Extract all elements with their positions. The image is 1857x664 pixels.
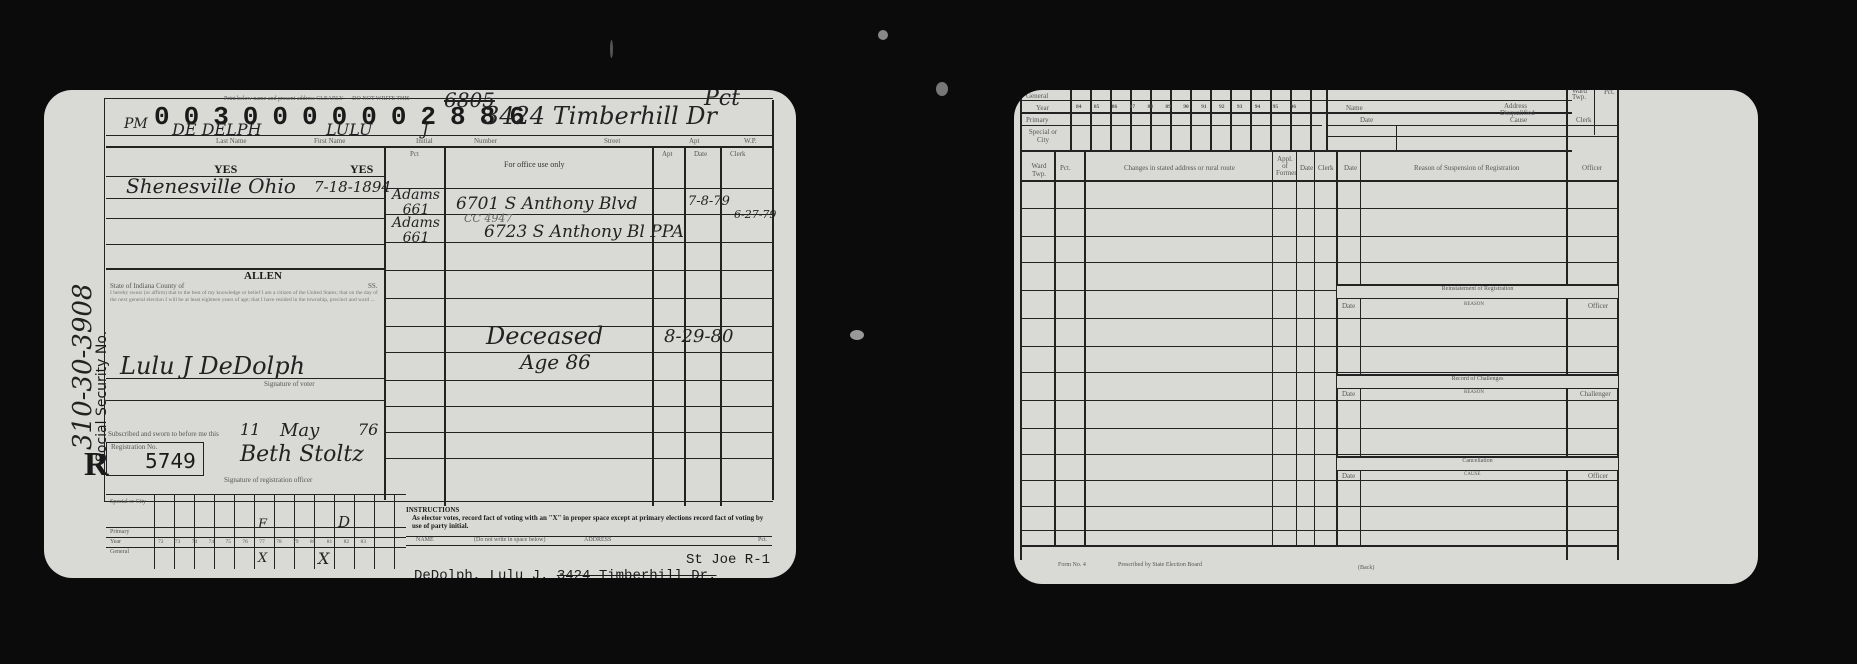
precinct-row-1-date: 7-8-79: [688, 194, 730, 209]
reinstatement-col-date: Date: [1342, 302, 1355, 310]
reinstatement-col-officer: Officer: [1588, 302, 1608, 310]
label-initial: Initial: [416, 137, 433, 145]
col-apt: Apt: [662, 150, 673, 158]
footer-address-label: ADDRESS: [584, 537, 611, 543]
back-ward-twp-label: Ward Twp.: [1572, 90, 1592, 100]
cancellation-col-cause: CAUSE: [1464, 472, 1480, 477]
label-first-name: First Name: [314, 137, 345, 145]
film-speck: [850, 330, 864, 340]
pct-header: Pct: [410, 150, 419, 158]
address: 3424 Timberhill Dr: [484, 102, 717, 130]
back-col-clerk: Clerk: [1318, 164, 1334, 172]
typed-township: St Joe R-1: [686, 552, 770, 568]
back-footer-form: Form No. 4: [1058, 562, 1086, 568]
vote-row-year: Year: [110, 539, 121, 545]
r-letter: R: [84, 446, 109, 484]
back-row-year: Year: [1036, 104, 1049, 112]
subscribed-year: 76: [358, 420, 378, 439]
back-col-appl: Appl. of Former: [1276, 156, 1294, 177]
challenges-col-date: Date: [1342, 390, 1355, 398]
film-speck: [610, 40, 613, 58]
back-footer-prescribed: Prescribed by State Election Board: [1118, 562, 1202, 568]
state-line: State of Indiana County of: [110, 282, 184, 290]
footer-do-not-write: (Do not write in space below): [474, 537, 545, 543]
vote-row-special: Special or City: [110, 499, 150, 505]
instructions-title: INSTRUCTIONS: [406, 506, 772, 514]
registrar-label: Signature of registration officer: [224, 476, 312, 484]
back-col-changes: Changes in stated address or rural route: [1124, 164, 1235, 172]
challenges-col-reason: REASON: [1464, 390, 1484, 395]
precinct-row-2-date: 6-27-79: [734, 208, 776, 221]
back-years: 84 85 86 87 88 89 90 91 92 93 94 95 96: [1076, 104, 1336, 110]
cancellation-col-officer: Officer: [1588, 472, 1608, 480]
precinct-row-1-pct: Adams 661: [388, 188, 444, 218]
back-footer-back: (Back): [1358, 565, 1374, 571]
film-speck: [936, 82, 948, 96]
signature-label: Signature of voter: [264, 380, 315, 388]
voter-signature: Lulu J DeDolph: [120, 352, 305, 380]
vote-mark-primary-80: D: [338, 513, 350, 531]
back-col-ward: Ward Twp.: [1026, 162, 1052, 178]
yes-2: YES: [350, 162, 373, 177]
film-speck: [878, 30, 888, 40]
back-col-reason: Reason of Suspension of Registration: [1414, 164, 1519, 172]
vote-row-general: General: [110, 549, 129, 555]
back-form-frame: [1020, 90, 1582, 560]
office-use-label: For office use only: [504, 160, 565, 169]
back-clerk-label: Clerk: [1576, 116, 1592, 124]
deceased-date: 8-29-80: [664, 326, 733, 347]
instructions-block: INSTRUCTIONS As elector votes, record fa…: [406, 506, 772, 536]
back-card: General Year Primary Special or City 84 …: [1014, 90, 1758, 584]
back-col-officer: Officer: [1582, 164, 1602, 172]
back-name-label: Name: [1346, 104, 1363, 112]
back-pct-label: Pct.: [1604, 90, 1615, 96]
typed-address: 3424 Timberhill Dr.: [557, 568, 717, 578]
label-street: Street: [604, 137, 620, 145]
oath-text: I hereby swear (or affirm) that to the b…: [110, 290, 378, 304]
col-clerk: Clerk: [730, 150, 746, 158]
cancellation-col-date: Date: [1342, 472, 1355, 480]
vote-mark-general-76: X: [258, 551, 267, 566]
county: ALLEN: [244, 270, 282, 282]
challenges-header: Record of Challenges: [1337, 374, 1618, 389]
age-note: Age 86: [520, 350, 591, 374]
vote-mark-general-79: X: [318, 549, 329, 568]
back-row-special: Special or City: [1028, 128, 1058, 144]
vote-record-grid: Special or City Primary Year General 72 …: [106, 494, 406, 569]
subscribed-label: Subscribed and sworn to before me this: [108, 430, 219, 438]
registration-box: Registration No. 5749: [106, 442, 204, 476]
back-col-date2: Date: [1344, 164, 1357, 172]
back-date-label: Date: [1360, 116, 1373, 124]
ss-label: SS.: [368, 282, 378, 290]
label-apt: Apt: [689, 137, 700, 145]
front-card: 310-30-3908 Social Security No. Print be…: [44, 90, 796, 578]
vote-mark-primary-76: F: [258, 517, 267, 532]
footer-pct-label: Pct.: [758, 537, 767, 543]
subscribed-day: 11: [240, 420, 260, 439]
pm-mark: PM: [124, 116, 148, 132]
cancellation-title: Cancellation: [1337, 458, 1618, 464]
back-row-general: General: [1026, 92, 1048, 100]
back-row-primary: Primary: [1026, 116, 1049, 124]
typed-name-address: DeDolph, Lulu J. 3424 Timberhill Dr.: [414, 568, 716, 578]
precinct-row-1-address: 6701 S Anthony Blvd: [456, 194, 637, 214]
footer-name-label: NAME: [416, 537, 434, 543]
back-year-grid: 84 85 86 87 88 89 90 91 92 93 94 95 96: [1070, 90, 1326, 150]
vote-row-primary: Primary: [110, 529, 129, 535]
precinct-row-2-address: 6723 S Anthony Bl PPA: [484, 222, 684, 242]
back-cause-label: Cause: [1510, 116, 1527, 124]
subscribed-month: May: [280, 420, 319, 441]
reinstatement-title: Reinstatement of Registration: [1337, 286, 1618, 292]
challenges-col-challenger: Challenger: [1580, 390, 1611, 398]
birthplace: Shenesville Ohio: [126, 174, 296, 198]
registration-number: 5749: [145, 449, 196, 473]
col-date: Date: [694, 150, 707, 158]
vote-years: 72 73 74 74 75 76 77 78 79 80 81 82 83: [158, 539, 408, 545]
typed-name: DeDolph, Lulu J.: [414, 568, 548, 578]
back-col-date: Date: [1300, 164, 1313, 172]
registrar-signature: Beth Stoltz: [240, 442, 364, 467]
deceased-note: Deceased: [486, 322, 603, 350]
instructions-text: As elector votes, record fact of voting …: [406, 514, 772, 530]
cancellation-header: Cancellation: [1337, 456, 1618, 471]
challenges-title: Record of Challenges: [1337, 376, 1618, 382]
precinct-row-2-pct: Adams 661: [388, 216, 444, 246]
label-number: Number: [474, 137, 497, 145]
label-ward: W.P.: [744, 137, 757, 145]
birthdate: 7-18-1894: [314, 178, 391, 196]
label-last-name: Last Name: [216, 137, 247, 145]
reinstatement-header: Reinstatement of Registration: [1337, 284, 1618, 299]
back-col-pct: Pct.: [1060, 164, 1071, 172]
reinstatement-col-reason: REASON: [1464, 302, 1484, 307]
